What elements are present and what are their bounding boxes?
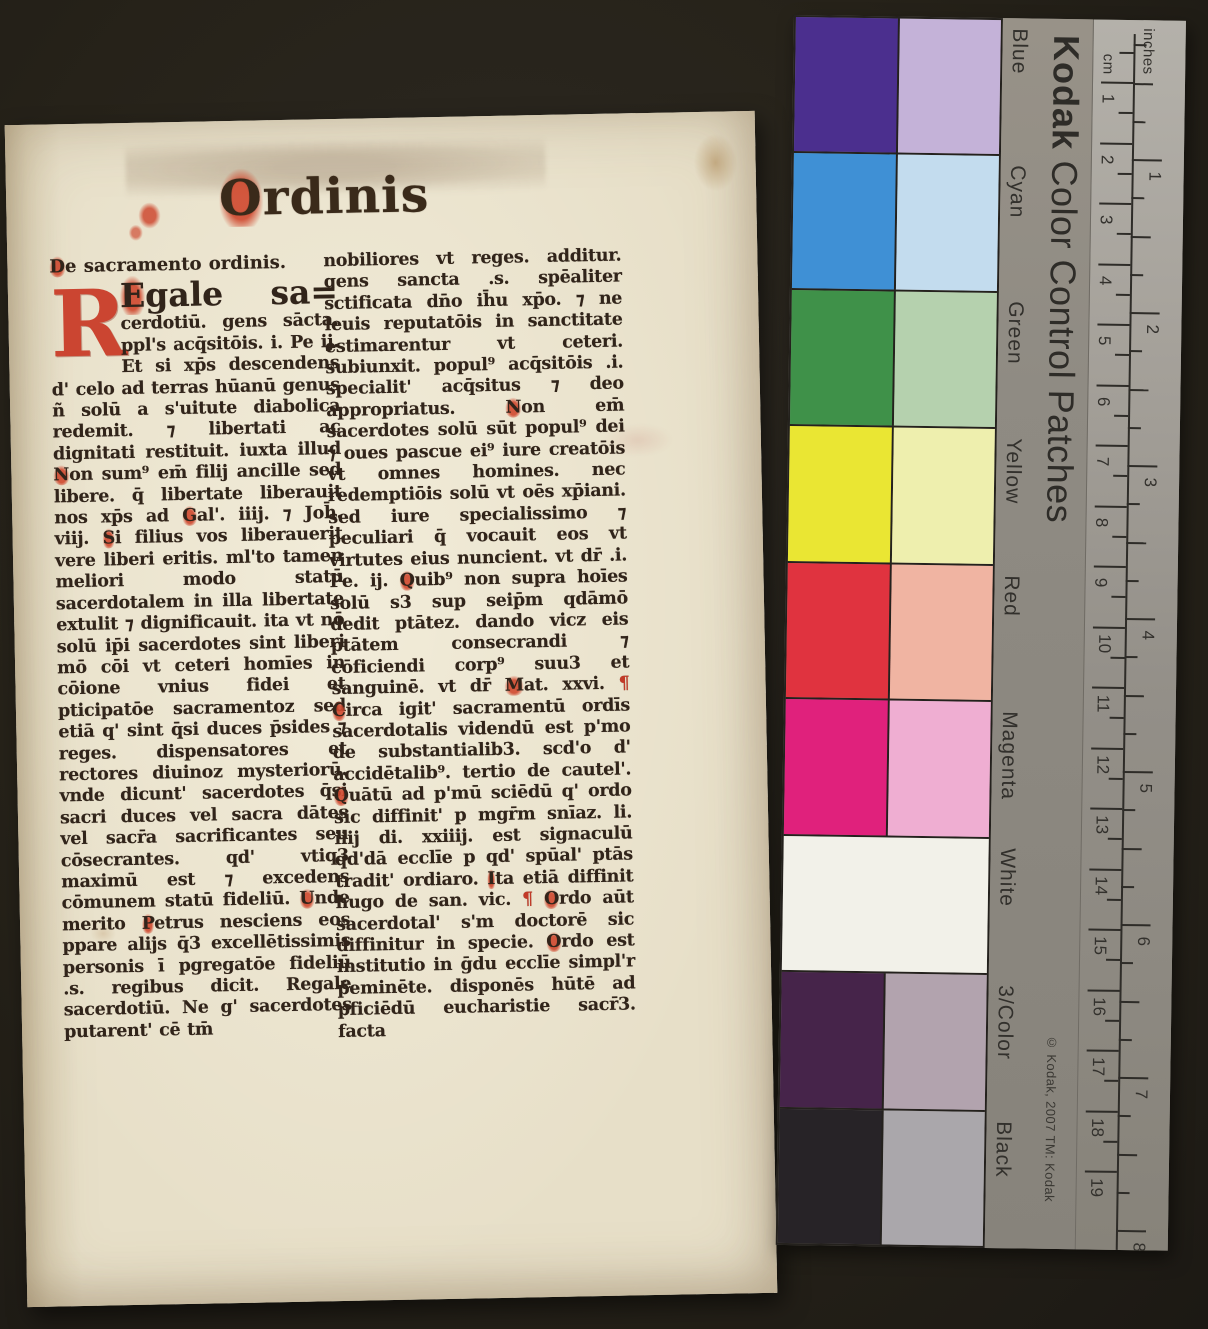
- inch-minor-tick: [1133, 121, 1146, 123]
- cm-tick: [1099, 263, 1131, 265]
- cm-half-tick: [1110, 717, 1124, 719]
- rubricated-run: M: [505, 676, 524, 696]
- kodak-logo-text: Kodak: [1044, 35, 1087, 151]
- color-patch: [790, 290, 896, 426]
- cm-tick: [1086, 1110, 1118, 1112]
- color-patch: [784, 699, 890, 835]
- patch-label: White: [994, 848, 1019, 907]
- inch-tick: [1123, 771, 1153, 773]
- cm-tick: [1085, 1170, 1117, 1172]
- ruler: cm inches 123456789101112131415161718191…: [1075, 19, 1186, 1250]
- text-run: at. xxvi.: [524, 674, 619, 696]
- patch-label: 3/Color: [992, 985, 1017, 1060]
- inch-tick: [1130, 312, 1160, 314]
- inch-tick: [1121, 924, 1151, 926]
- patch-row-green: [790, 290, 997, 429]
- color-patch: [888, 701, 992, 837]
- cm-number: 17: [1088, 1057, 1108, 1076]
- rubricated-run: P: [142, 913, 155, 933]
- inch-minor-tick: [1127, 503, 1140, 505]
- cm-number: 9: [1091, 578, 1111, 588]
- color-patch: [794, 17, 900, 153]
- cm-half-tick: [1112, 596, 1126, 598]
- rubricated-run: O: [218, 168, 263, 227]
- cm-tick: [1089, 928, 1121, 930]
- rubricated-run: N: [505, 397, 521, 417]
- page-stain: [693, 133, 738, 192]
- color-patch: [788, 426, 894, 562]
- inch-number: 8: [1129, 1242, 1149, 1250]
- rubricated-run: D: [49, 256, 65, 277]
- rubricated-run: E: [120, 276, 146, 315]
- cm-half-tick: [1108, 838, 1122, 840]
- text-run: nobiliores vt reges. additur. gens sanct…: [323, 245, 624, 421]
- color-patch: [894, 291, 998, 427]
- patch-row-blue: [794, 17, 1001, 156]
- cm-tick: [1101, 82, 1133, 84]
- patch-label: Blue: [1007, 28, 1032, 74]
- cm-half-tick: [1111, 657, 1125, 659]
- inch-minor-tick: [1122, 847, 1142, 849]
- inch-tick: [1128, 465, 1158, 467]
- ruler-divider-line: [1116, 34, 1136, 1250]
- patch-label: Cyan: [1004, 165, 1029, 218]
- cm-half-tick: [1109, 778, 1123, 780]
- cm-tick: [1093, 626, 1125, 628]
- inch-minor-tick: [1128, 427, 1141, 429]
- rubricated-run: N: [53, 465, 69, 485]
- patch-row-yellow: [788, 426, 995, 565]
- cm-half-tick: [1104, 1080, 1118, 1082]
- inch-number: 6: [1133, 936, 1153, 946]
- cm-number: 14: [1091, 876, 1111, 895]
- color-patch: [890, 564, 994, 700]
- rubricated-run: U: [299, 889, 314, 909]
- inch-minor-tick: [1129, 350, 1142, 352]
- right-text-column: nobiliores vt reges. additur. gens sanct…: [323, 245, 636, 1043]
- inch-minor-tick: [1125, 656, 1138, 658]
- patch-row-3-color: [780, 972, 987, 1111]
- text-run: on em̄ sacerdotes solū sūt popul⁹ dei ⁊ …: [326, 395, 627, 592]
- inch-minor-tick: [1118, 1115, 1131, 1117]
- rubricated-run: S: [102, 529, 115, 549]
- color-patch: [884, 974, 988, 1110]
- cm-number: 3: [1096, 215, 1116, 225]
- cm-tick: [1096, 445, 1128, 447]
- cm-tick: [1094, 566, 1126, 568]
- inch-number: 4: [1138, 630, 1158, 640]
- incipit-text: Egale sa=: [120, 272, 339, 315]
- card-copyright: © Kodak, 2007 TM: Kodak: [1042, 1035, 1059, 1202]
- cm-number: 6: [1093, 396, 1113, 406]
- cm-number: 1: [1098, 94, 1118, 104]
- cm-number: 4: [1095, 275, 1115, 285]
- inch-minor-tick: [1133, 83, 1153, 85]
- rubricated-run: O: [544, 889, 559, 909]
- color-patch: [782, 836, 989, 973]
- page-title: Ordinis: [174, 164, 475, 228]
- patch-row-red: [786, 563, 993, 702]
- left-text-column: De sacramento ordinis. R Egale sa= cerdo…: [49, 251, 352, 1044]
- inch-tick: [1125, 618, 1155, 620]
- cm-number: 10: [1094, 634, 1114, 653]
- inch-number: 7: [1131, 1089, 1151, 1099]
- rubricated-run: ¶: [522, 889, 544, 909]
- inch-minor-tick: [1124, 733, 1137, 735]
- cm-tick: [1091, 747, 1123, 749]
- color-patch: [792, 153, 898, 289]
- inch-minor-tick: [1121, 886, 1134, 888]
- rubricated-run: O: [546, 932, 561, 952]
- inch-minor-tick: [1126, 541, 1146, 543]
- cm-half-tick: [1104, 1140, 1118, 1142]
- inch-minor-tick: [1124, 694, 1144, 696]
- cm-tick: [1097, 384, 1129, 386]
- color-patch: [778, 1108, 884, 1244]
- inch-minor-tick: [1122, 809, 1135, 811]
- cm-half-tick: [1120, 52, 1134, 54]
- cm-tick: [1095, 505, 1127, 507]
- rubricated-run: I: [487, 869, 495, 889]
- inch-number: 3: [1140, 477, 1160, 487]
- cm-half-tick: [1113, 536, 1127, 538]
- card-title-rest: Color Control Patches: [1039, 150, 1086, 524]
- patch-label: Yellow: [1000, 438, 1025, 504]
- red-flourish: [138, 202, 160, 228]
- kodak-color-card: Kodak Color Control Patches © Kodak, 200…: [776, 15, 1186, 1251]
- cm-number: 8: [1091, 517, 1111, 527]
- text-run: gale sa=: [145, 272, 339, 315]
- color-patch: [892, 428, 996, 564]
- patch-label: Green: [1002, 301, 1027, 365]
- cm-half-tick: [1117, 233, 1131, 235]
- color-patch: [882, 1110, 986, 1246]
- inches-label: inches: [1139, 28, 1157, 75]
- rubricated-run: Q: [399, 571, 414, 591]
- cm-half-tick: [1107, 898, 1121, 900]
- cm-half-tick: [1114, 415, 1128, 417]
- cm-tick: [1099, 203, 1131, 205]
- cm-tick: [1087, 1049, 1119, 1051]
- card-title: Kodak Color Control Patches: [1030, 35, 1087, 1036]
- patch-row-magenta: [784, 699, 991, 838]
- inch-minor-tick: [1130, 274, 1143, 276]
- manuscript-page: Ordinis De sacramento ordinis. R Egale s…: [5, 111, 778, 1307]
- inch-minor-tick: [1132, 197, 1145, 199]
- text-run: i filius vos liberauerit vere liberi eri…: [55, 524, 349, 913]
- color-patch: [896, 155, 1000, 291]
- cm-label: cm: [1099, 54, 1116, 75]
- cm-number: 2: [1097, 154, 1117, 164]
- inch-minor-tick: [1120, 962, 1133, 964]
- cm-number: 19: [1086, 1178, 1106, 1197]
- inch-minor-tick: [1117, 1153, 1137, 1155]
- cm-tick: [1088, 989, 1120, 991]
- cm-number: 13: [1092, 815, 1112, 834]
- cm-half-tick: [1119, 112, 1133, 114]
- cm-half-tick: [1116, 294, 1130, 296]
- rubricated-run: ¶: [619, 674, 630, 694]
- left-column-body: cerdotiū. gens sācta. ppl's acq̄sitōis. …: [52, 310, 352, 1042]
- lombard-initial: R: [50, 285, 114, 368]
- inch-tick: [1118, 1077, 1148, 1079]
- cm-half-tick: [1106, 959, 1120, 961]
- text-run: rdinis: [262, 165, 430, 226]
- cm-number: 18: [1087, 1118, 1107, 1137]
- inch-minor-tick: [1131, 236, 1151, 238]
- color-patch: [898, 19, 1002, 155]
- text-run: irca igit' sacramentū ordīs sacerdotalis…: [332, 695, 631, 785]
- inch-minor-tick: [1129, 389, 1149, 391]
- cm-number: 12: [1092, 755, 1112, 774]
- inch-minor-tick: [1134, 44, 1147, 46]
- inch-number: 2: [1142, 324, 1162, 334]
- cm-number: 11: [1093, 695, 1113, 713]
- rubricated-run: C: [332, 700, 346, 720]
- inch-tick: [1132, 159, 1162, 161]
- inch-minor-tick: [1126, 580, 1139, 582]
- patch-label: Black: [990, 1121, 1015, 1178]
- cm-number: 16: [1089, 997, 1109, 1016]
- cm-tick: [1100, 142, 1132, 144]
- cm-half-tick: [1115, 354, 1129, 356]
- inch-number: 1: [1145, 171, 1165, 181]
- inch-minor-tick: [1117, 1192, 1130, 1194]
- cm-half-tick: [1113, 475, 1127, 477]
- color-patch-grid: [776, 15, 1004, 1248]
- cm-number: 15: [1090, 936, 1110, 955]
- color-patch: [786, 563, 892, 699]
- cm-half-tick: [1118, 173, 1132, 175]
- inch-tick: [1116, 1230, 1146, 1232]
- cm-tick: [1090, 868, 1122, 870]
- rubricated-run: G: [182, 506, 197, 526]
- cm-number: 5: [1094, 336, 1114, 346]
- patch-label: Red: [999, 575, 1024, 617]
- color-patch: [780, 972, 886, 1108]
- cm-tick: [1090, 807, 1122, 809]
- patch-row-cyan: [792, 153, 999, 292]
- patch-row-black: [778, 1108, 985, 1245]
- patch-label: Magenta: [996, 711, 1021, 800]
- rubricated-run: Q: [333, 786, 348, 806]
- cm-tick: [1098, 324, 1130, 326]
- cm-tick: [1092, 686, 1124, 688]
- inch-minor-tick: [1119, 1039, 1132, 1041]
- patch-row-white: [782, 836, 989, 975]
- red-flourish: [129, 225, 143, 241]
- cm-number: 7: [1092, 457, 1112, 467]
- inch-number: 5: [1135, 783, 1155, 793]
- cm-half-tick: [1105, 1019, 1119, 1021]
- inch-minor-tick: [1120, 1000, 1140, 1002]
